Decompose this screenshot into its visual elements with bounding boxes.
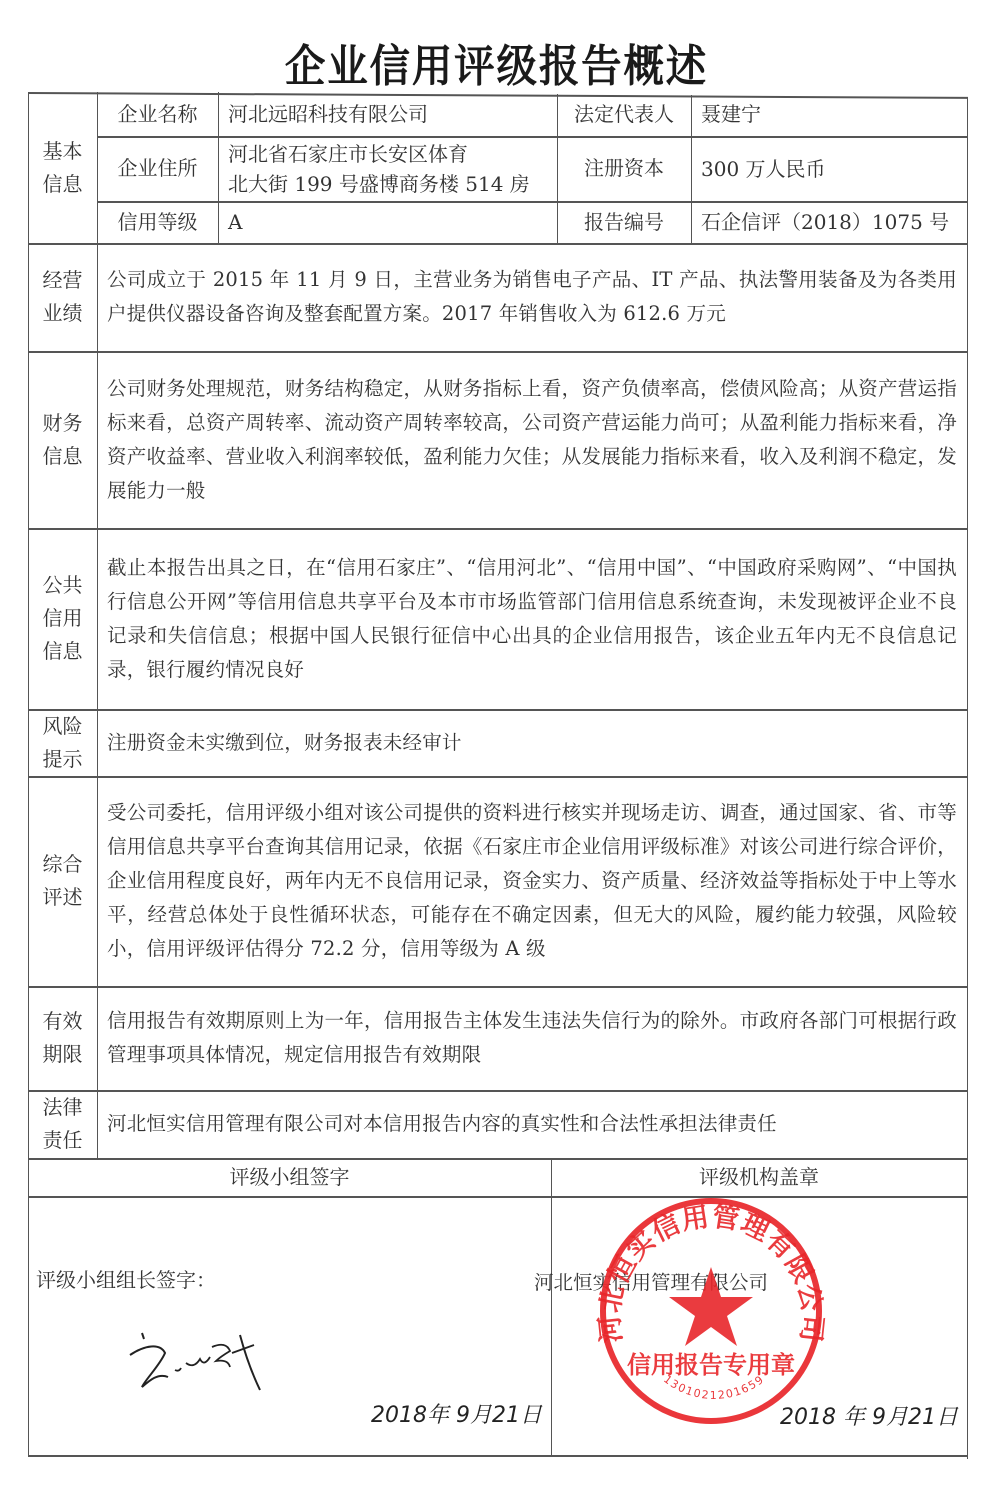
label-line: 信息 <box>43 635 83 668</box>
public-credit-label: 公共 信用 信息 <box>28 528 97 709</box>
label-line: 基本 <box>43 135 83 168</box>
financial-info-text: 公司财务处理规范，财务结构稳定，从财务指标上看，资产负债率高，偿债风险高；从资产… <box>97 351 967 528</box>
legal-liability-label: 法律 责任 <box>28 1090 97 1158</box>
team-leader-signature-label: 评级小组组长签字： <box>36 1262 336 1298</box>
label-line: 公共 <box>43 569 83 602</box>
label-line: 期限 <box>43 1038 83 1071</box>
legal-liability-text: 河北恒实信用管理有限公司对本信用报告内容的真实性和合法性承担法律责任 <box>97 1090 967 1158</box>
public-credit-text: 截止本报告出具之日，在“信用石家庄”、“信用河北”、“信用中国”、“中国政府采购… <box>97 528 967 709</box>
legal-rep-value: 聂建宁 <box>691 92 967 136</box>
team-signature-date: 2018年 9月21日 <box>322 1398 542 1434</box>
legal-rep-label: 法定代表人 <box>557 92 691 136</box>
rating-agency-seal-header: 评级机构盖章 <box>551 1158 967 1196</box>
overall-review-text: 受公司委托，信用评级小组对该公司提供的资料进行核实并现场走访、调查，通过国家、省… <box>97 776 967 986</box>
financial-info-label: 财务 信息 <box>28 351 97 528</box>
signature-divider <box>551 1158 552 1456</box>
company-name-label: 企业名称 <box>97 92 218 136</box>
address-line: 北大街 199 号盛博商务楼 514 房 <box>228 169 530 199</box>
credit-grade-value: A <box>218 201 557 243</box>
registered-capital-label: 注册资本 <box>557 136 691 201</box>
credit-grade-label: 信用等级 <box>97 201 218 243</box>
label-line: 信用 <box>43 602 83 635</box>
label-line: 信息 <box>43 440 83 473</box>
validity-text: 信用报告有效期原则上为一年，信用报告主体发生违法失信行为的除外。市政府各部门可根… <box>97 986 967 1090</box>
handwritten-signature <box>120 1325 280 1395</box>
label-line: 综合 <box>43 848 83 881</box>
label-line: 风险 <box>43 710 83 743</box>
address-line: 河北省石家庄市长安区体育 <box>228 139 468 169</box>
report-number-value: 石企信评（2018）1075 号 <box>691 201 967 243</box>
label-line: 信息 <box>43 168 83 201</box>
label-line: 有效 <box>43 1005 83 1038</box>
overall-review-label: 综合 评述 <box>28 776 97 986</box>
business-performance-text: 公司成立于 2015 年 11 月 9 日，主营业务为销售电子产品、IT 产品、… <box>97 243 967 351</box>
basic-info-label: 基本 信息 <box>28 92 97 243</box>
label-line: 业绩 <box>43 297 83 330</box>
seal-date: 2018 年 9月21日 <box>740 1400 958 1436</box>
registered-capital-value: 300 万人民币 <box>691 136 967 201</box>
seal-center-text: 信用报告专用章 <box>627 1351 795 1379</box>
table-border-bottom <box>28 1455 968 1457</box>
document-title: 企业信用评级报告概述 <box>40 30 954 94</box>
table-border-right <box>967 97 968 1459</box>
seal-star-icon <box>669 1267 753 1346</box>
label-line: 提示 <box>43 743 83 776</box>
business-performance-label: 经营 业绩 <box>28 243 97 351</box>
rating-team-signature-header: 评级小组签字 <box>28 1158 551 1196</box>
report-number-label: 报告编号 <box>557 201 691 243</box>
company-name-value: 河北远昭科技有限公司 <box>218 92 557 136</box>
official-seal-stamp: 河北恒实信用管理有限公司 信用报告专用章 1301021201659 <box>595 1195 827 1425</box>
row-line <box>28 1196 968 1198</box>
risk-warning-label: 风险 提示 <box>28 709 97 776</box>
validity-label: 有效 期限 <box>28 986 97 1090</box>
risk-warning-text: 注册资金未实缴到位，财务报表未经审计 <box>97 709 967 776</box>
address-label: 企业住所 <box>97 136 218 201</box>
label-line: 经营 <box>43 264 83 297</box>
label-line: 评述 <box>43 881 83 914</box>
label-line: 财务 <box>43 407 83 440</box>
label-line: 责任 <box>43 1124 83 1157</box>
address-value: 河北省石家庄市长安区体育 北大街 199 号盛博商务楼 514 房 <box>218 136 557 201</box>
label-line: 法律 <box>43 1091 83 1124</box>
